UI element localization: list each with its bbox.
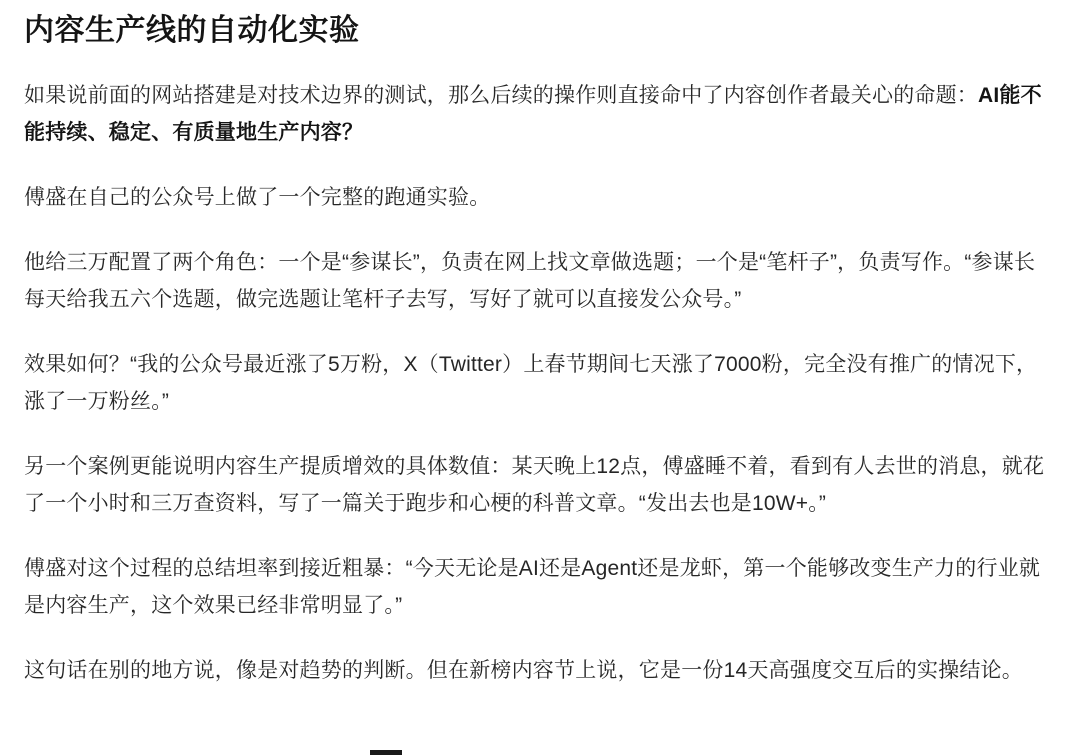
paragraph: 另一个案例更能说明内容生产提质增效的具体数值：某天晚上12点，傅盛睡不着，看到有… [24, 448, 1056, 522]
paragraph: 他给三万配置了两个角色：一个是“参谋长”，负责在网上找文章做选题；一个是“笔杆子… [24, 244, 1056, 318]
cutoff-element [370, 750, 402, 755]
paragraph-text: 傅盛在自己的公众号上做了一个完整的跑通实验。 [24, 186, 490, 209]
paragraph-text: 这句话在别的地方说，像是对趋势的判断。但在新榜内容节上说，它是一份14天高强度交… [24, 659, 1023, 682]
paragraph: 如果说前面的网站搭建是对技术边界的测试，那么后续的操作则直接命中了内容创作者最关… [24, 77, 1056, 151]
paragraph-text: 他给三万配置了两个角色：一个是“参谋长”，负责在网上找文章做选题；一个是“笔杆子… [24, 251, 1035, 311]
paragraph-text: 另一个案例更能说明内容生产提质增效的具体数值：某天晚上12点，傅盛睡不着，看到有… [24, 455, 1044, 515]
paragraph: 傅盛对这个过程的总结坦率到接近粗暴：“今天无论是AI还是Agent还是龙虾，第一… [24, 550, 1056, 624]
article: 内容生产线的自动化实验 如果说前面的网站搭建是对技术边界的测试，那么后续的操作则… [0, 0, 1080, 755]
paragraph-text: 傅盛对这个过程的总结坦率到接近粗暴：“今天无论是AI还是Agent还是龙虾，第一… [24, 557, 1040, 617]
paragraph: 这句话在别的地方说，像是对趋势的判断。但在新榜内容节上说，它是一份14天高强度交… [24, 652, 1056, 689]
paragraph: 效果如何？“我的公众号最近涨了5万粉，X（Twitter）上春节期间七天涨了70… [24, 346, 1056, 420]
article-body: 如果说前面的网站搭建是对技术边界的测试，那么后续的操作则直接命中了内容创作者最关… [24, 77, 1056, 689]
article-title: 内容生产线的自动化实验 [24, 12, 1056, 50]
paragraph-text: 如果说前面的网站搭建是对技术边界的测试，那么后续的操作则直接命中了内容创作者最关… [24, 84, 978, 107]
paragraph-text: 效果如何？“我的公众号最近涨了5万粉，X（Twitter）上春节期间七天涨了70… [24, 353, 1037, 413]
paragraph: 傅盛在自己的公众号上做了一个完整的跑通实验。 [24, 179, 1056, 216]
